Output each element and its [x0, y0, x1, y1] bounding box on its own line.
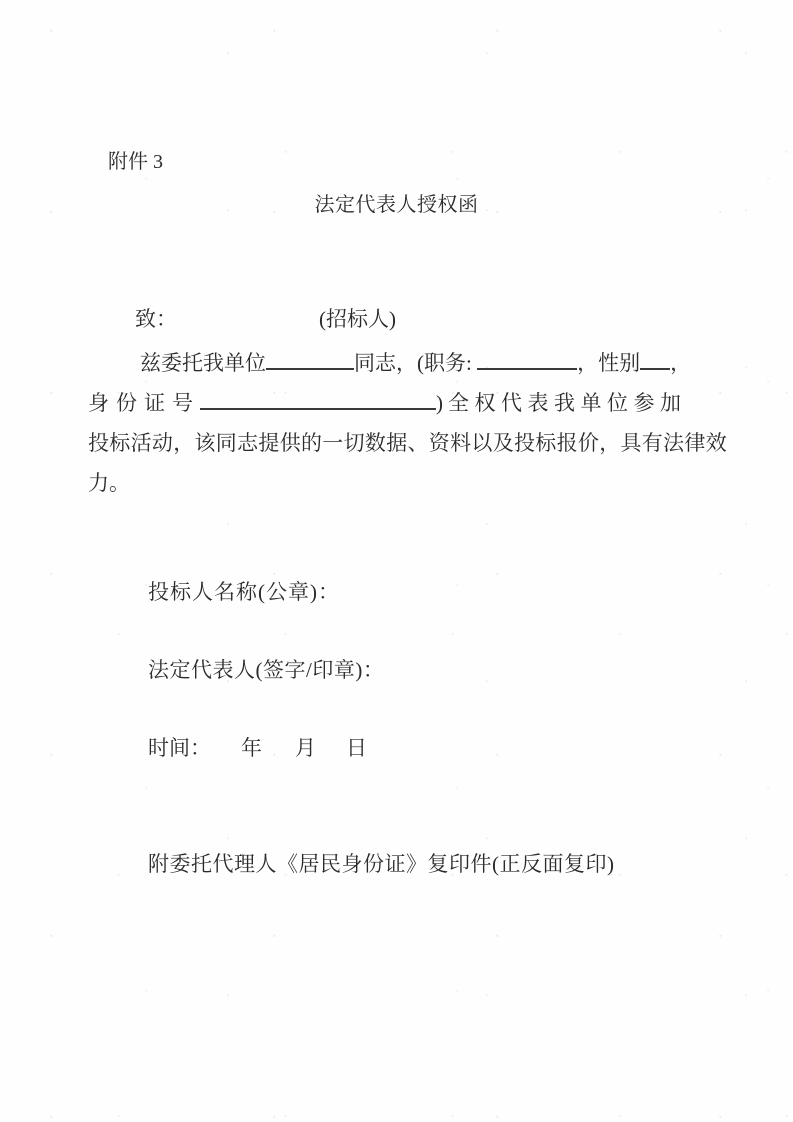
blank-deputy-name: [266, 349, 354, 370]
scanned-document-page: 附件 3 法定代表人授权函 致：(招标人) 兹委托我单位同志，(职务: ，性别，…: [0, 0, 793, 1122]
document-title: 法定代表人授权函: [0, 192, 793, 218]
line1-text-entrust: 兹委托我单位: [140, 351, 266, 375]
blank-id-number: [200, 389, 436, 410]
paragraph-line-4: 力。: [88, 463, 706, 503]
salutation-to-label: 致：: [135, 307, 177, 331]
attachment-label: 附件 3: [108, 150, 163, 174]
id-copy-note: 附委托代理人《居民身份证》复印件(正反面复印): [148, 851, 615, 877]
authorization-paragraph: 兹委托我单位同志，(职务: ，性别， 身份证号)全权代表我单位参加 投标活动，该…: [88, 343, 706, 503]
paragraph-line-1: 兹委托我单位同志，(职务: ，性别，: [88, 343, 706, 383]
date-label: 时间：: [148, 736, 211, 760]
line1-text-comrade-duty: 同志，(职务:: [354, 351, 472, 375]
line2-text-represent: 全权代表我单位参加: [448, 391, 687, 415]
date-year-label: 年: [241, 736, 262, 760]
line2-text-id-label: 身份证号: [88, 391, 200, 415]
paragraph-line-3: 投标活动，该同志提供的一切数据、资料以及投标报价，具有法律效: [88, 423, 706, 463]
paragraph-line-2: 身份证号)全权代表我单位参加: [88, 383, 706, 423]
blank-gender: [640, 349, 670, 370]
date-line: 时间：年月日: [148, 736, 367, 761]
date-month-label: 月: [295, 736, 316, 760]
date-day-label: 日: [346, 736, 367, 760]
line1-text-comma: ，: [670, 351, 691, 375]
recipient-hint: (招标人): [319, 307, 396, 331]
line2-text-close-paren: ): [436, 391, 443, 415]
line1-text-gender: ，性别: [577, 351, 640, 375]
legal-representative-label: 法定代表人(签字/印章)：: [148, 658, 384, 683]
bidder-name-label: 投标人名称(公章)：: [148, 580, 340, 605]
blank-duty: [477, 349, 577, 370]
salutation-line: 致：(招标人): [135, 306, 396, 332]
